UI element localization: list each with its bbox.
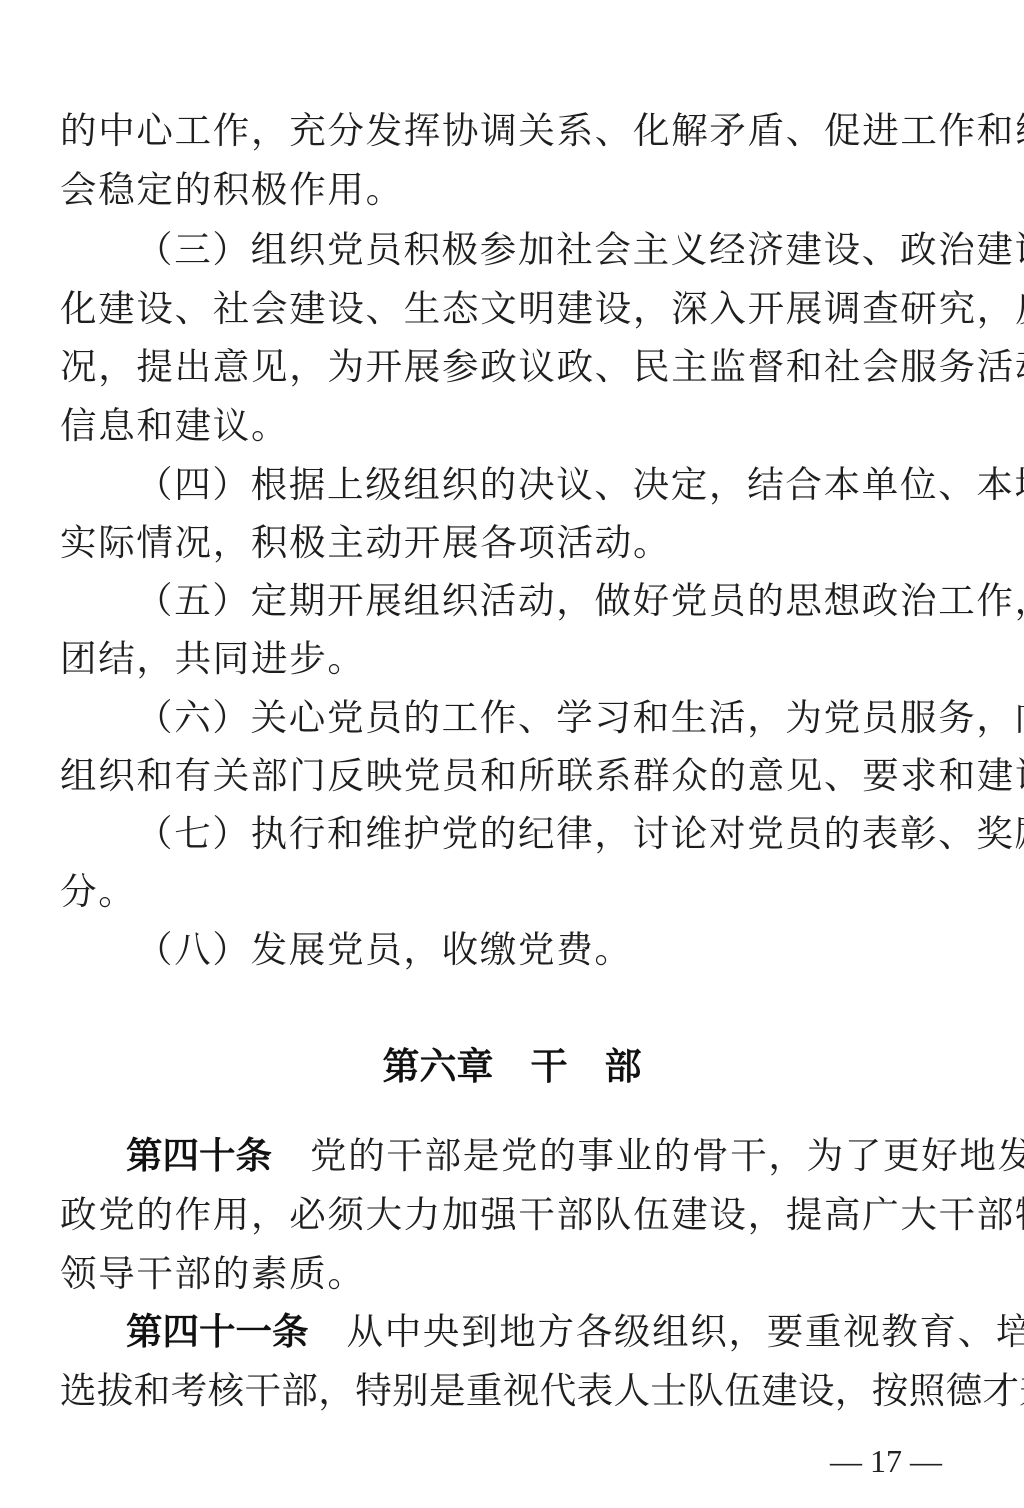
document-page: 的中心工作，充分发挥协调关系、化解矛盾、促进工作和维护社 会稳定的积极作用。 （… [0,0,1024,1508]
article-41-label: 第四十一条 [126,1310,309,1353]
item-3-line-4: 信息和建议。 [60,401,980,451]
chapter-title: 第六章 干 部 [0,1042,1024,1092]
item-3-line-2: 化建设、社会建设、生态文明建设，深入开展调查研究，反映情 [60,284,980,334]
article-40-first-line: 党的干部是党的事业的骨干，为了更好地发挥参 [310,1134,1024,1177]
article-40-line-2: 政党的作用，必须大力加强干部队伍建设，提高广大干部特别是 [60,1190,980,1240]
article-41-first-line: 从中央到地方各级组织，要重视教育、培训、 [347,1310,1024,1353]
item-5-line-2: 团结，共同进步。 [60,634,980,684]
item-8-line-1: （八）发展党员，收缴党费。 [136,925,980,975]
page-number: — 17 — [830,1441,942,1481]
continuation-line-1: 的中心工作，充分发挥协调关系、化解矛盾、促进工作和维护社 [60,106,980,156]
item-3-line-3: 况，提出意见，为开展参政议政、民主监督和社会服务活动提供 [60,342,980,392]
article-41-line-2: 选拔和考核干部，特别是重视代表人士队伍建设，按照德才兼备、 [60,1366,980,1416]
item-7-line-1: （七）执行和维护党的纪律，讨论对党员的表彰、奖励和处 [136,809,980,859]
article-40-label: 第四十条 [126,1134,272,1177]
item-4-line-1: （四）根据上级组织的决议、决定，结合本单位、本地区的 [136,460,980,510]
item-6-line-1: （六）关心党员的工作、学习和生活，为党员服务，向上级 [136,693,980,743]
item-6-line-2: 组织和有关部门反映党员和所联系群众的意见、要求和建议。 [60,751,980,801]
article-40-line-3: 领导干部的素质。 [60,1249,980,1299]
item-4-line-2: 实际情况，积极主动开展各项活动。 [60,518,980,568]
article-40-line-1: 第四十条党的干部是党的事业的骨干，为了更好地发挥参 [126,1131,970,1181]
continuation-line-2: 会稳定的积极作用。 [60,165,980,215]
item-5-line-1: （五）定期开展组织活动，做好党员的思想政治工作，增强 [136,576,980,626]
item-7-line-2: 分。 [60,867,980,917]
article-41-line-1: 第四十一条从中央到地方各级组织，要重视教育、培训、 [126,1307,970,1357]
item-3-line-1: （三）组织党员积极参加社会主义经济建设、政治建设、文 [136,225,980,275]
